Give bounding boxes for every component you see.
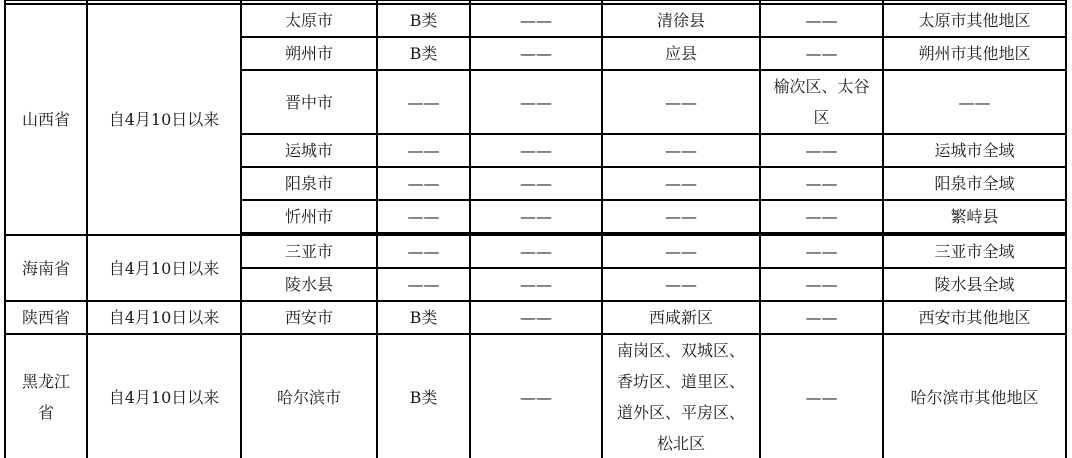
city-cell: 陵水县 xyxy=(241,268,377,301)
col8-cell: 陵水县全域 xyxy=(883,268,1066,301)
category-cell: —— xyxy=(377,268,470,301)
region-risk-table: 山西省 自4月10日以来 太原市 B类 —— 清徐县 —— 太原市其他地区 朔州… xyxy=(4,0,1067,458)
period-cell: 自4月10日以来 xyxy=(87,4,241,235)
col8-cell: 太原市其他地区 xyxy=(883,4,1066,37)
col8-cell: 哈尔滨市其他地区 xyxy=(883,334,1066,458)
category-cell: —— xyxy=(377,200,470,233)
province-cell: 海南省 xyxy=(5,235,87,301)
period-cell: 自4月10日以来 xyxy=(87,301,241,334)
col6-cell: —— xyxy=(602,134,760,167)
category-cell: B类 xyxy=(377,334,470,458)
col7-cell: —— xyxy=(760,301,883,334)
city-cell: 西安市 xyxy=(241,301,377,334)
period-cell: 自4月10日以来 xyxy=(87,235,241,301)
table-row: 山西省 自4月10日以来 太原市 B类 —— 清徐县 —— 太原市其他地区 xyxy=(5,4,1066,37)
col7-cell: —— xyxy=(760,268,883,301)
col8-cell: 三亚市全域 xyxy=(883,235,1066,268)
table-row: 陕西省 自4月10日以来 西安市 B类 —— 西咸新区 —— 西安市其他地区 xyxy=(5,301,1066,334)
table-row: 黑龙江省 自4月10日以来 哈尔滨市 B类 —— 南岗区、双城区、香坊区、道里区… xyxy=(5,334,1066,458)
col6-cell: 应县 xyxy=(602,37,760,70)
col8-cell: 朔州市其他地区 xyxy=(883,37,1066,70)
col7-cell: —— xyxy=(760,4,883,37)
col6-cell: —— xyxy=(602,70,760,134)
table-row: 海南省 自4月10日以来 三亚市 —— —— —— —— 三亚市全域 xyxy=(5,235,1066,268)
col5-cell: —— xyxy=(470,301,602,334)
city-cell: 运城市 xyxy=(241,134,377,167)
col5-cell: —— xyxy=(470,334,602,458)
city-cell: 阳泉市 xyxy=(241,167,377,200)
col6-cell: 西咸新区 xyxy=(602,301,760,334)
col5-cell: —— xyxy=(470,70,602,134)
city-cell: 三亚市 xyxy=(241,235,377,268)
col8-cell: —— xyxy=(883,70,1066,134)
period-cell: 自4月10日以来 xyxy=(87,334,241,458)
col7-cell: —— xyxy=(760,37,883,70)
province-cell: 山西省 xyxy=(5,4,87,235)
category-cell: —— xyxy=(377,167,470,200)
city-cell: 晋中市 xyxy=(241,70,377,134)
col6-cell: 清徐县 xyxy=(602,4,760,37)
col7-cell: —— xyxy=(760,200,883,233)
col5-cell: —— xyxy=(470,37,602,70)
category-cell: B类 xyxy=(377,301,470,334)
col8-cell: 运城市全域 xyxy=(883,134,1066,167)
col7-cell: 榆次区、太谷区 xyxy=(760,70,883,134)
col5-cell: —— xyxy=(470,4,602,37)
col7-cell: —— xyxy=(760,134,883,167)
col6-cell: 南岗区、双城区、香坊区、道里区、道外区、平房区、松北区 xyxy=(602,334,760,458)
city-cell: 朔州市 xyxy=(241,37,377,70)
province-cell: 黑龙江省 xyxy=(5,334,87,458)
category-cell: —— xyxy=(377,70,470,134)
col6-cell: —— xyxy=(602,235,760,268)
col5-cell: —— xyxy=(470,134,602,167)
col5-cell: —— xyxy=(470,167,602,200)
col6-cell: —— xyxy=(602,268,760,301)
col7-cell: —— xyxy=(760,167,883,200)
city-cell: 哈尔滨市 xyxy=(241,334,377,458)
col8-cell: 繁峙县 xyxy=(883,200,1066,233)
category-cell: —— xyxy=(377,134,470,167)
col6-cell: —— xyxy=(602,167,760,200)
col6-cell: —— xyxy=(602,200,760,233)
city-cell: 忻州市 xyxy=(241,200,377,233)
col7-cell: —— xyxy=(760,235,883,268)
category-cell: B类 xyxy=(377,4,470,37)
province-cell: 陕西省 xyxy=(5,301,87,334)
category-cell: B类 xyxy=(377,37,470,70)
category-cell: —— xyxy=(377,235,470,268)
col8-cell: 西安市其他地区 xyxy=(883,301,1066,334)
col8-cell: 阳泉市全域 xyxy=(883,167,1066,200)
col5-cell: —— xyxy=(470,200,602,233)
document-page: 山西省 自4月10日以来 太原市 B类 —— 清徐县 —— 太原市其他地区 朔州… xyxy=(4,0,1067,458)
col7-cell: —— xyxy=(760,334,883,458)
col5-cell: —— xyxy=(470,235,602,268)
city-cell: 太原市 xyxy=(241,4,377,37)
col5-cell: —— xyxy=(470,268,602,301)
